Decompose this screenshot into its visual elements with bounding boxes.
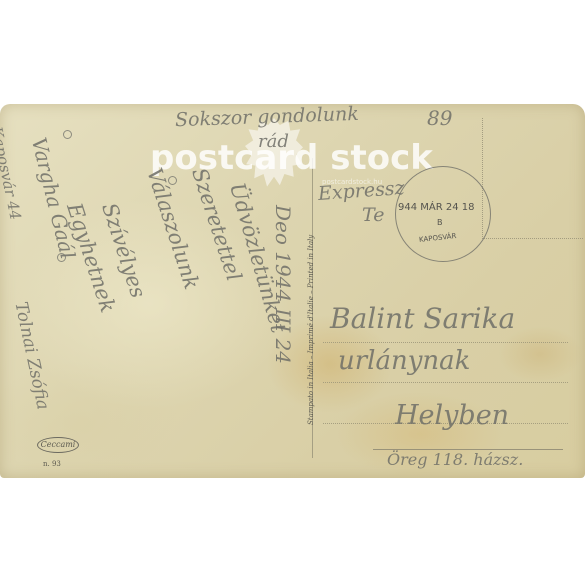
handwritten-express-initials: Te bbox=[362, 204, 384, 226]
printed-imprint-text: Stampato in Italia – Imprimé d'Italie – … bbox=[307, 235, 315, 425]
stamp-box bbox=[482, 118, 583, 239]
address-recipient-name: Balint Sarika bbox=[330, 302, 515, 335]
handwritten-top-note-line2: rád bbox=[258, 131, 289, 152]
publisher-logo: Ceccami bbox=[37, 437, 79, 453]
address-title: urlánynak bbox=[338, 346, 470, 376]
handwritten-date: Deo 1944 III 24 bbox=[271, 205, 295, 364]
postmark-letter: B bbox=[437, 218, 443, 227]
handwritten-number: 89 bbox=[427, 106, 452, 130]
ink-loop-mark bbox=[57, 253, 66, 262]
address-street: Öreg 118. házsz. bbox=[387, 450, 523, 469]
postmark-circle bbox=[395, 166, 491, 262]
ink-loop-mark bbox=[168, 176, 177, 185]
card-number: n. 93 bbox=[43, 460, 61, 468]
ink-loop-mark bbox=[63, 130, 72, 139]
address-guide-line bbox=[323, 342, 568, 343]
address-city: Helyben bbox=[395, 400, 509, 431]
address-guide-line bbox=[323, 382, 568, 383]
postmark-date: 944 MÁR 24 18 bbox=[398, 202, 475, 213]
